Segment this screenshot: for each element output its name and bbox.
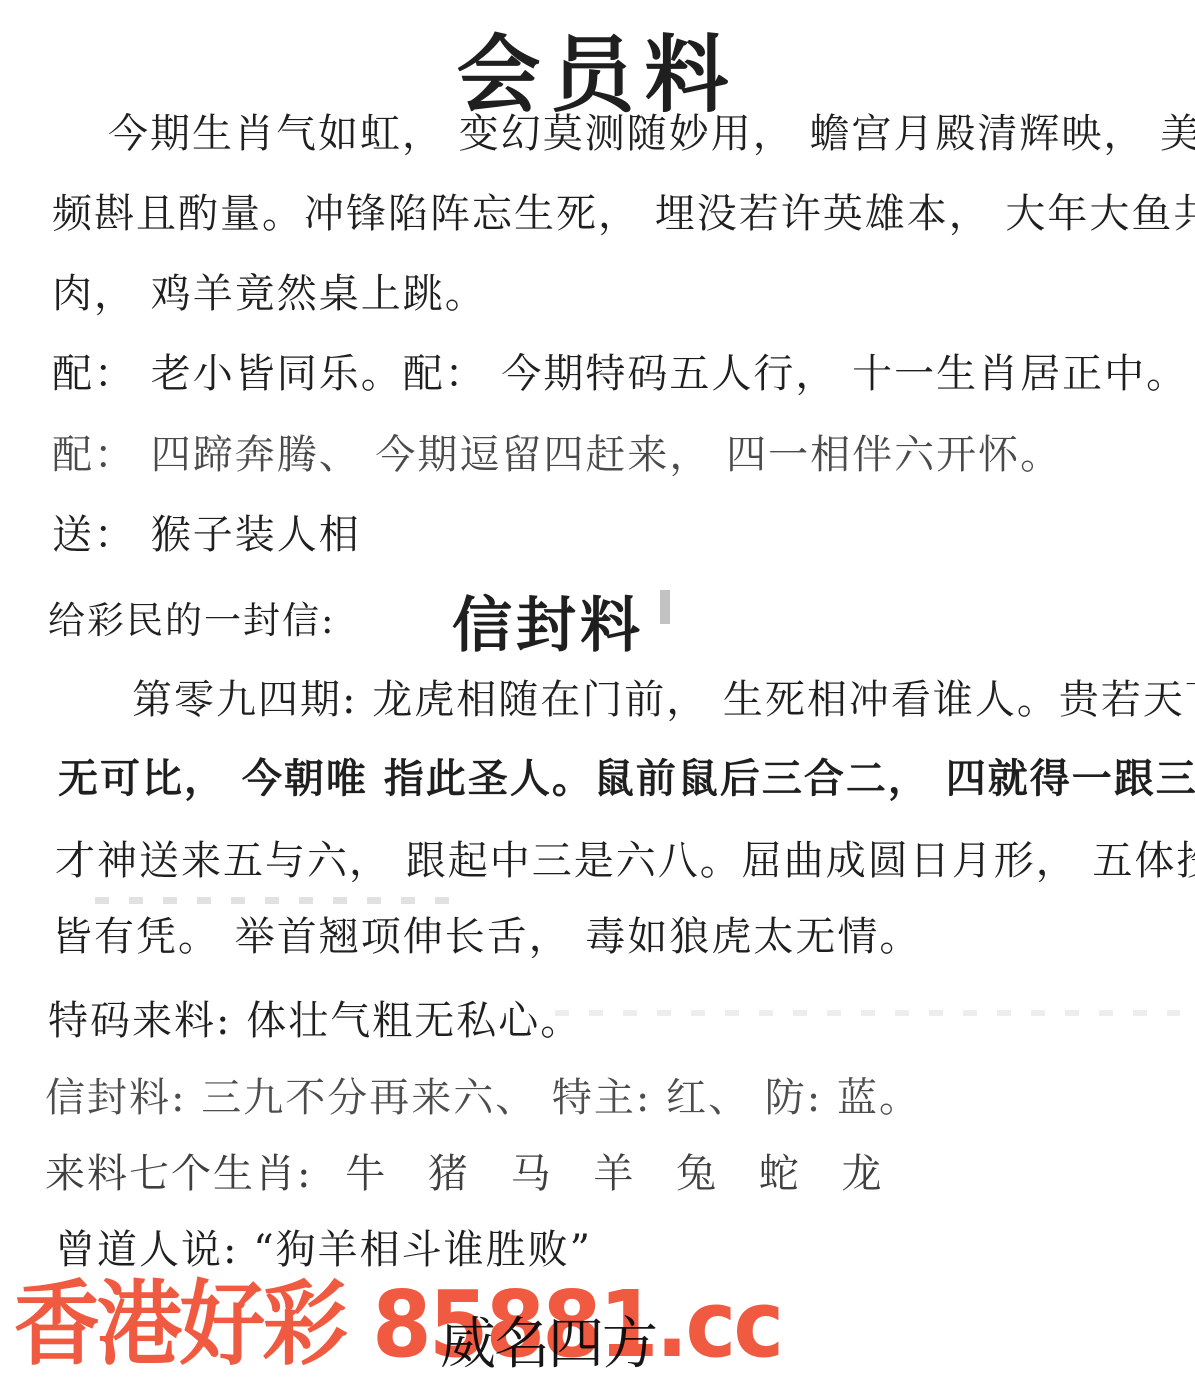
envelope-paragraph-line-3: 才神送来五与六， 跟起中三是六八。屈曲成圆日月形， 五体投地 bbox=[55, 839, 1195, 883]
letter-to-bettors-label: 给彩民的一封信: bbox=[48, 601, 335, 642]
scan-artifact-smudge-row bbox=[95, 897, 465, 904]
envelope-paragraph-line-1: 第零九四期: 龙虎相随在门前， 生死相冲看谁人。贵若天下 bbox=[132, 678, 1195, 722]
member-paragraph-line-3: 肉， 鸡羊竟然桌上跳。 bbox=[52, 272, 487, 316]
zodiac-ox: 牛 bbox=[345, 1152, 387, 1196]
member-paragraph-line-2: 频斟且酌量。冲锋陷阵忘生死， 埋没若许英雄本， 大年大鱼共肥 bbox=[52, 192, 1195, 236]
handwritten-stamp-text: 威名四方 bbox=[440, 1300, 656, 1380]
zodiac-line-label: 来料七个生肖: bbox=[45, 1151, 312, 1197]
zengdaoren-quote-line: 曾道人说: “狗羊相斗谁胜败” bbox=[55, 1228, 592, 1272]
zodiac-pig: 猪 bbox=[428, 1152, 470, 1196]
pairing-line-1: 配： 老小皆同乐。配： 今期特码五人行， 十一生肖居正中。 bbox=[52, 352, 1188, 396]
zodiac-dragon: 龙 bbox=[842, 1152, 884, 1196]
pairing-line-2: 配： 四蹄奔腾、 今期逗留四赶来， 四一相伴六开怀。 bbox=[52, 433, 1062, 477]
scan-artifact-mark bbox=[660, 590, 670, 624]
envelope-paragraph-line-2: 无可比， 今朝唯 指此圣人。鼠前鼠后三合二， 四就得一跟三定 bbox=[58, 757, 1195, 801]
member-paragraph-line-1: 今期生肖气如虹， 变幻莫测随妙用， 蟾宫月殿清辉映， 美酒 bbox=[108, 112, 1195, 156]
zodiac-rabbit: 兔 bbox=[676, 1152, 718, 1196]
zodiac-snake: 蛇 bbox=[759, 1152, 801, 1196]
scan-artifact-smudge-row bbox=[555, 1010, 1180, 1016]
scanned-document-page: 会员料 今期生肖气如虹， 变幻莫测随妙用， 蟾宫月殿清辉映， 美酒 频斟且酌量。… bbox=[0, 0, 1195, 1388]
special-code-line: 特码来料: 体壮气粗无私心。 bbox=[48, 999, 582, 1043]
gift-line: 送： 猴子装人相 bbox=[52, 513, 361, 557]
envelope-tip-line: 信封料: 三九不分再来六、 特主: 红、 防: 蓝。 bbox=[45, 1076, 921, 1120]
envelope-section-title: 信封料 bbox=[452, 578, 644, 664]
zodiac-goat: 羊 bbox=[593, 1152, 635, 1196]
envelope-paragraph-line-4: 皆有凭。 举首翘项伸长舌， 毒如狼虎太无情。 bbox=[52, 915, 921, 959]
site-watermark-text: 香港好彩 85881.cc bbox=[14, 1277, 781, 1374]
zodiac-tip-line: 来料七个生肖: 牛 猪 马 羊 兔 蛇 龙 bbox=[45, 1152, 910, 1196]
zodiac-horse: 马 bbox=[511, 1152, 553, 1196]
